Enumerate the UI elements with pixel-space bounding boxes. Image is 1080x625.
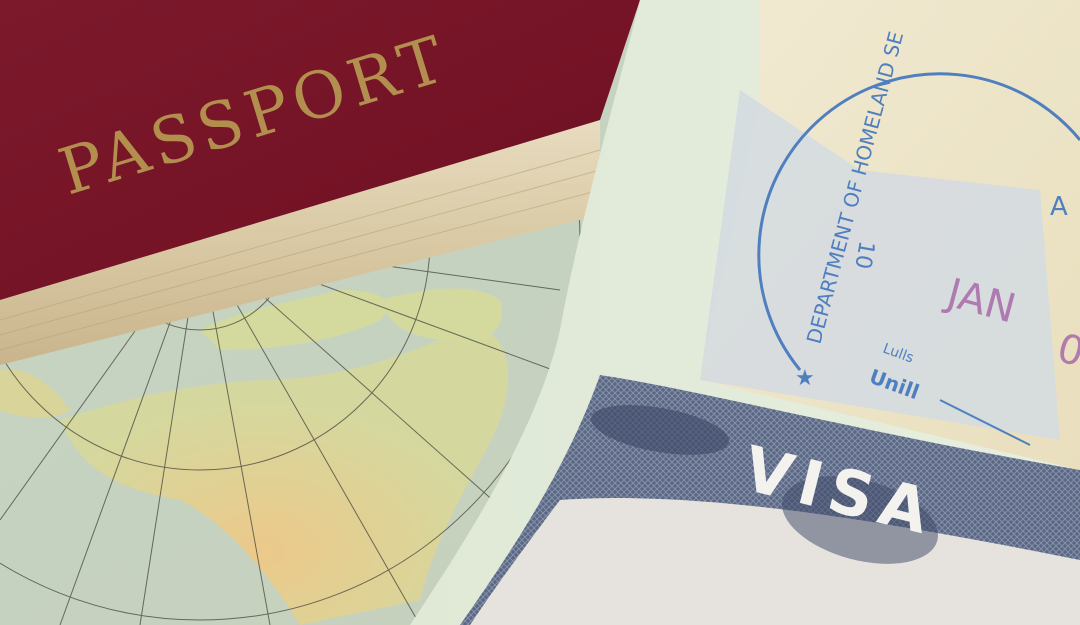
photo-scene: PASSPORT DEPARTMENT OF HOMELAND SE A 10 … xyxy=(0,0,1080,625)
visa-band: VISA xyxy=(0,0,1080,625)
